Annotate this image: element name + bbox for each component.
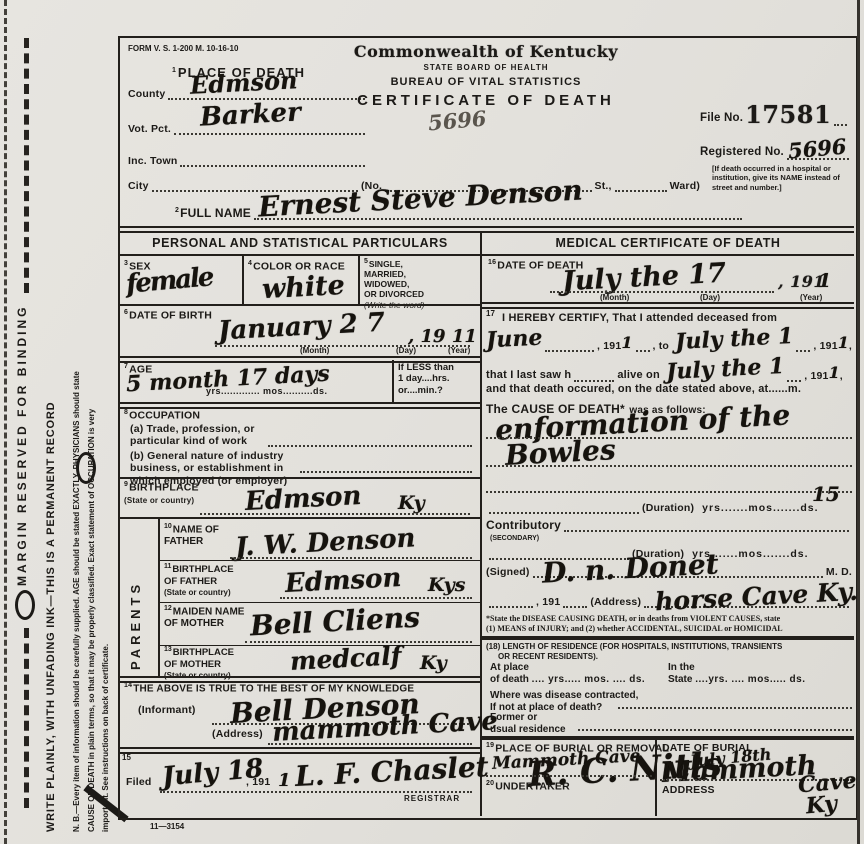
informant-address-label: (Address) [212,728,263,740]
county-label: County [128,88,165,100]
filed-year-hand: 1 [278,770,291,791]
cell-divider [358,256,360,304]
dotline [160,790,472,793]
duration-units: yrs.......mos.......ds. [702,502,818,514]
dob-label: 6DATE OF BIRTH [124,309,212,322]
cell-divider [158,519,160,677]
cell-divider [242,256,244,304]
registered-value: 5696 [787,134,847,164]
dotline [550,290,774,293]
dotline [230,556,472,559]
cause-duration-row: (Duration) yrs.......mos.......ds. [486,500,852,514]
hospital-note: [If death occurred in a hospital or inst… [712,164,854,192]
duration-label: (Duration) [642,502,694,514]
center-stamp-number: 5696 [427,106,487,136]
birthplace-state: Ky [398,492,425,514]
mother-name-label: 12MAIDEN NAME OF MOTHER [164,605,244,630]
form-number: FORM V. S. 1-200 M. 10-16-10 [128,44,238,54]
inc-town-label: Inc. Town [128,155,177,167]
form-code: 11—3154 [150,822,184,832]
age-units: yrs............. mos..........ds. [206,386,328,397]
inc-town-row: Inc. Town [128,153,368,167]
parents-label: PARENTS [128,530,143,670]
dotline [486,490,852,493]
city-st-label: St., [595,180,612,192]
registered-label: Registered No. [700,146,784,160]
binding-margin-label: MARGIN RESERVED FOR BINDING [15,298,29,586]
vot-pct-label: Vot. Pct. [128,123,171,135]
certify-intro: I HEREBY CERTIFY, That I attended deceas… [502,312,777,325]
rule [482,254,854,256]
father-name-label: 10NAME OF FATHER [164,523,219,548]
city-label: City [128,180,149,192]
commonwealth-title: Commonwealth of Kentucky [352,42,620,61]
state-heading: Commonwealth of Kentucky STATE BOARD OF … [352,42,620,110]
informant-label: (Informant) [138,704,196,716]
marital-label: 5SINGLE, MARRIED, WIDOWED, OR DIVORCED (… [364,258,424,310]
personal-header: PERSONAL AND STATISTICAL PARTICULARS [120,236,480,251]
certify-to-label: , to [653,340,670,352]
dod-year-hand: 1 [818,270,831,292]
nb-note-line1: N. B.—Every item of information should b… [72,248,81,832]
mother-birthplace-state: Ky [420,652,447,674]
dotline [280,596,472,599]
residence-contracted: Where was disease contracted, If not at … [490,690,638,714]
state-board-title: STATE BOARD OF HEALTH [352,63,620,73]
certify-num: 17 [486,309,495,319]
dotline [486,464,852,467]
registrar-label: REGISTRAR [404,794,460,804]
signed-label: (Signed) [486,566,530,578]
binding-dash-top [24,38,29,293]
signed-address-label: (Address) [590,596,641,608]
residence-in-state: In the State ....yrs. .... mos..... ds. [668,662,806,686]
secondary-label: (SECONDARY) [490,535,539,544]
filed-num: 15 [122,753,131,763]
rule [160,560,480,561]
vot-pct-value: Barker [199,97,301,132]
occupation-a: (a) Trade, profession, orparticular kind… [130,423,255,448]
rule [160,602,480,603]
dob-year-label: (Year) [448,346,470,356]
county-value: Edmson [189,65,298,100]
rule [118,402,480,409]
file-no-value: 17581 [745,104,831,126]
death-occurred-line: and that death occured, on the date stat… [486,383,801,396]
certify-line-from-to: June , 191 1 , to July the 1 , 191 1 , [486,326,852,352]
mother-birthplace-value: medcalf [289,641,402,676]
certificate-title: CERTIFICATE OF DEATH [352,92,620,110]
medical-header: MEDICAL CERTIFICATE OF DEATH [482,236,854,251]
dotline [300,470,472,473]
rule [482,636,854,640]
rule [482,736,854,740]
nb-note-line2: CAUSE OF DEATH in plain terms, so that i… [87,248,96,832]
dotline [268,742,472,745]
top-separator-rule [118,226,854,233]
certify-line-last-saw: that I last saw h alive on July the 1 , … [486,356,852,382]
dob-month-label: (Month) [300,346,329,356]
cell-divider [392,360,394,402]
filed-year-printed: , 191 [246,776,270,788]
file-no-label: File No. [700,112,743,126]
perforated-edge [4,0,7,844]
alive-on-label: alive on [617,369,660,382]
write-plainly-note: WRITE PLAINLY, WITH UNFADING INK—THIS IS… [45,150,57,832]
saw-prefix: that I last saw h [486,369,571,382]
saw-value: July the 1 [665,353,785,385]
rule [118,304,480,306]
dotline [486,774,652,777]
certify-from-value: June [485,325,543,354]
nb-note-line3: important. See instructions on back of c… [101,560,110,832]
residence-heading: (18) LENGTH OF RESIDENCE (FOR HOSPITALS,… [486,642,782,662]
dotline [200,512,470,515]
undertaker-label: 20UNDERTAKER [486,780,570,793]
rule [118,254,480,256]
binding-dash-bottom [24,628,29,808]
certify-to-value: July the 1 [674,323,794,355]
dotline [618,706,852,709]
contributory-row: Contributory [486,518,852,532]
father-birthplace-value: Edmson [284,563,402,599]
death-certificate-scan: MARGIN RESERVED FOR BINDING WRITE PLAINL… [0,0,864,844]
dotline [215,344,470,347]
rule [118,477,480,479]
rule [482,302,854,309]
cause-footnote: *State the DISEASE CAUSING DEATH, or in … [486,614,783,634]
undertaker-address-line3: Ky [805,791,838,820]
residence-at-place: At place of death .... yrs..... mos. ...… [490,662,645,686]
residence-former: Former or usual residence [490,712,566,736]
age-less-note: If LESS than 1 day....hrs. or....min.? [398,362,454,396]
dob-day-label: (Day) [396,346,416,356]
dotline [268,444,472,447]
color-race-value: white [261,270,345,305]
full-name-label: 2FULL NAME [175,206,251,220]
father-birthplace-state: Kys [428,574,465,596]
rule [118,517,480,519]
city-ward-label: Ward) [670,180,700,192]
file-no-row: File No. 17581 [700,104,850,126]
paper-right-edge [857,0,860,844]
filed-label: Filed [126,776,152,788]
undertaker-address-label: ADDRESS [662,784,715,796]
father-birthplace-label: 11BIRTHPLACE OF FATHER (State or country… [164,563,234,598]
place-of-death-num: 1 [172,67,177,74]
occupation-label: 8OCCUPATION [124,409,200,422]
birthplace-label: 9BIRTHPLACE (State or country) [124,481,199,506]
contributory-label: Contributory [486,518,561,532]
bureau-title: BUREAU OF VITAL STATISTICS [352,76,620,89]
punch-hole-icon [15,590,35,620]
dotline [578,728,852,731]
